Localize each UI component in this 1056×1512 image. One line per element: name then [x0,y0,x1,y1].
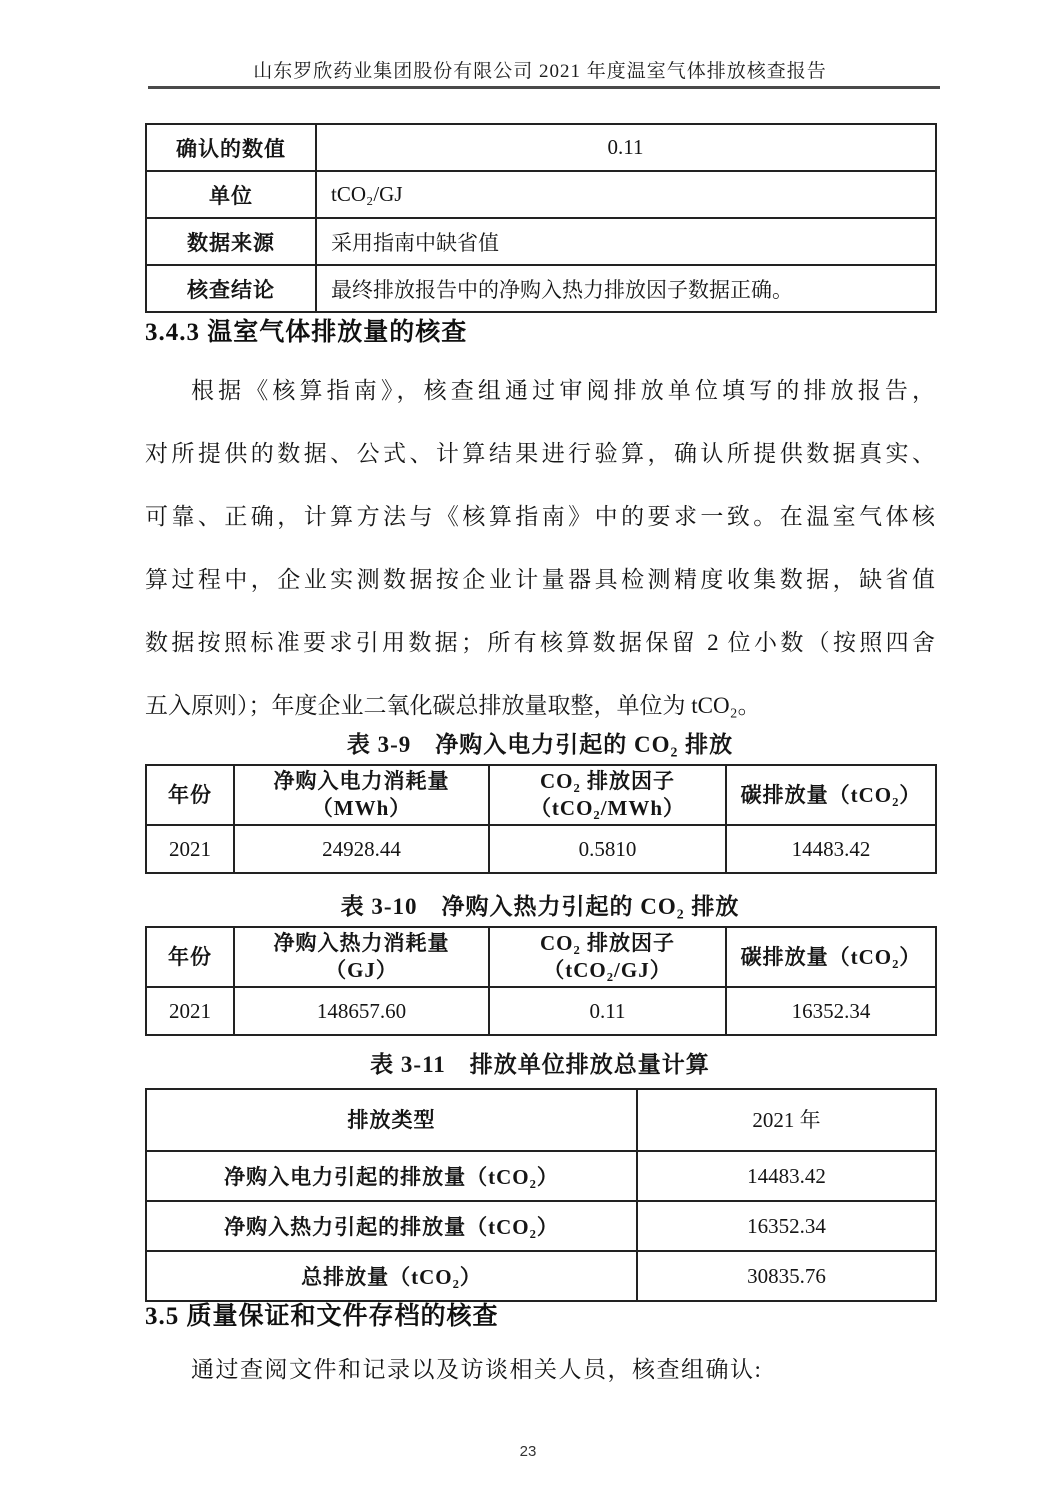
table-cell: 2021 [146,987,234,1035]
table-row: 单位 tCO₂/GJ [146,171,936,218]
row-label: 总排放量（tCO₂） [146,1251,637,1301]
info-label: 确认的数值 [146,124,316,171]
table-header-row: 排放类型 2021 年 [146,1089,936,1151]
page-header-title: 山东罗欣药业集团股份有限公司 2021 年度温室气体排放核查报告 [145,56,935,83]
paragraph-line: 数据按照标准要求引用数据；所有核算数据保留 2 位小数（按照四舍 [145,611,935,674]
column-header: 年份 [146,765,234,825]
column-header: 碳排放量（tCO₂） [726,765,936,825]
info-label: 单位 [146,171,316,218]
table-header-row: 年份 净购入电力消耗量 （MWh） CO₂ 排放因子 （tCO₂/MWh） 碳排… [146,765,936,825]
paragraph-line: 可靠、正确，计算方法与《核算指南》中的要求一致。在温室气体核 [145,485,935,548]
paragraph-line: 对所提供的数据、公式、计算结果进行验算，确认所提供数据真实、 [145,422,935,485]
table-3-10: 年份 净购入热力消耗量 （GJ） CO₂ 排放因子 （tCO₂/GJ） 碳排放量… [145,926,937,1036]
table-3-10-caption: 表 3-10 净购入热力引起的 CO₂ 排放 [145,888,935,921]
table-cell: 24928.44 [234,825,489,873]
table-row: 确认的数值 0.11 [146,124,936,171]
column-header: 排放类型 [146,1089,637,1151]
section-heading-3-4-3: 3.4.3 温室气体排放量的核查 [145,312,945,348]
table-cell: 14483.42 [726,825,936,873]
column-header: 净购入热力消耗量 （GJ） [234,927,489,987]
report-page: 山东罗欣药业集团股份有限公司 2021 年度温室气体排放核查报告 确认的数值 0… [0,0,1056,1512]
table-cell: 30835.76 [637,1251,936,1301]
row-label: 净购入热力引起的排放量（tCO₂） [146,1201,637,1251]
section-heading-3-5: 3.5 质量保证和文件存档的核查 [145,1296,945,1332]
table-row: 净购入电力引起的排放量（tCO₂） 14483.42 [146,1151,936,1201]
paragraph-line: 算过程中，企业实测数据按企业计量器具检测精度收集数据，缺省值 [145,548,935,611]
table-3-9: 年份 净购入电力消耗量 （MWh） CO₂ 排放因子 （tCO₂/MWh） 碳排… [145,764,937,874]
info-value: 0.11 [316,124,936,171]
section-3-5-paragraph: 通过查阅文件和记录以及访谈相关人员，核查组确认: [145,1350,935,1390]
table-cell: 148657.60 [234,987,489,1035]
column-header: CO₂ 排放因子 （tCO₂/MWh） [489,765,726,825]
table-cell: 14483.42 [637,1151,936,1201]
factor-info-table: 确认的数值 0.11 单位 tCO₂/GJ 数据来源 采用指南中缺省值 核查结论… [145,123,937,313]
info-value: tCO₂/GJ [316,171,936,218]
info-value: 最终排放报告中的净购入热力排放因子数据正确。 [316,265,936,312]
column-header: CO₂ 排放因子 （tCO₂/GJ） [489,927,726,987]
row-label: 净购入电力引起的排放量（tCO₂） [146,1151,637,1201]
table-row: 数据来源 采用指南中缺省值 [146,218,936,265]
section-3-4-3-paragraph: 根据《核算指南》，核查组通过审阅排放单位填写的排放报告， 对所提供的数据、公式、… [145,359,935,737]
table-3-11-caption: 表 3-11 排放单位排放总量计算 [145,1046,935,1079]
table-row: 核查结论 最终排放报告中的净购入热力排放因子数据正确。 [146,265,936,312]
page-number: 23 [0,1443,1056,1460]
info-label: 核查结论 [146,265,316,312]
table-3-9-caption: 表 3-9 净购入电力引起的 CO₂ 排放 [145,726,935,759]
info-value: 采用指南中缺省值 [316,218,936,265]
info-label: 数据来源 [146,218,316,265]
table-cell: 0.11 [489,987,726,1035]
table-cell: 0.5810 [489,825,726,873]
column-header: 碳排放量（tCO₂） [726,927,936,987]
table-header-row: 年份 净购入热力消耗量 （GJ） CO₂ 排放因子 （tCO₂/GJ） 碳排放量… [146,927,936,987]
table-row: 2021 24928.44 0.5810 14483.42 [146,825,936,873]
paragraph-line: 根据《核算指南》，核查组通过审阅排放单位填写的排放报告， [145,359,935,422]
table-row: 总排放量（tCO₂） 30835.76 [146,1251,936,1301]
table-row: 2021 148657.60 0.11 16352.34 [146,987,936,1035]
table-cell: 16352.34 [726,987,936,1035]
table-cell: 16352.34 [637,1201,936,1251]
column-header: 净购入电力消耗量 （MWh） [234,765,489,825]
table-row: 净购入热力引起的排放量（tCO₂） 16352.34 [146,1201,936,1251]
table-3-11: 排放类型 2021 年 净购入电力引起的排放量（tCO₂） 14483.42 净… [145,1088,937,1302]
column-header: 年份 [146,927,234,987]
table-cell: 2021 [146,825,234,873]
column-header: 2021 年 [637,1089,936,1151]
header-rule [148,86,940,89]
